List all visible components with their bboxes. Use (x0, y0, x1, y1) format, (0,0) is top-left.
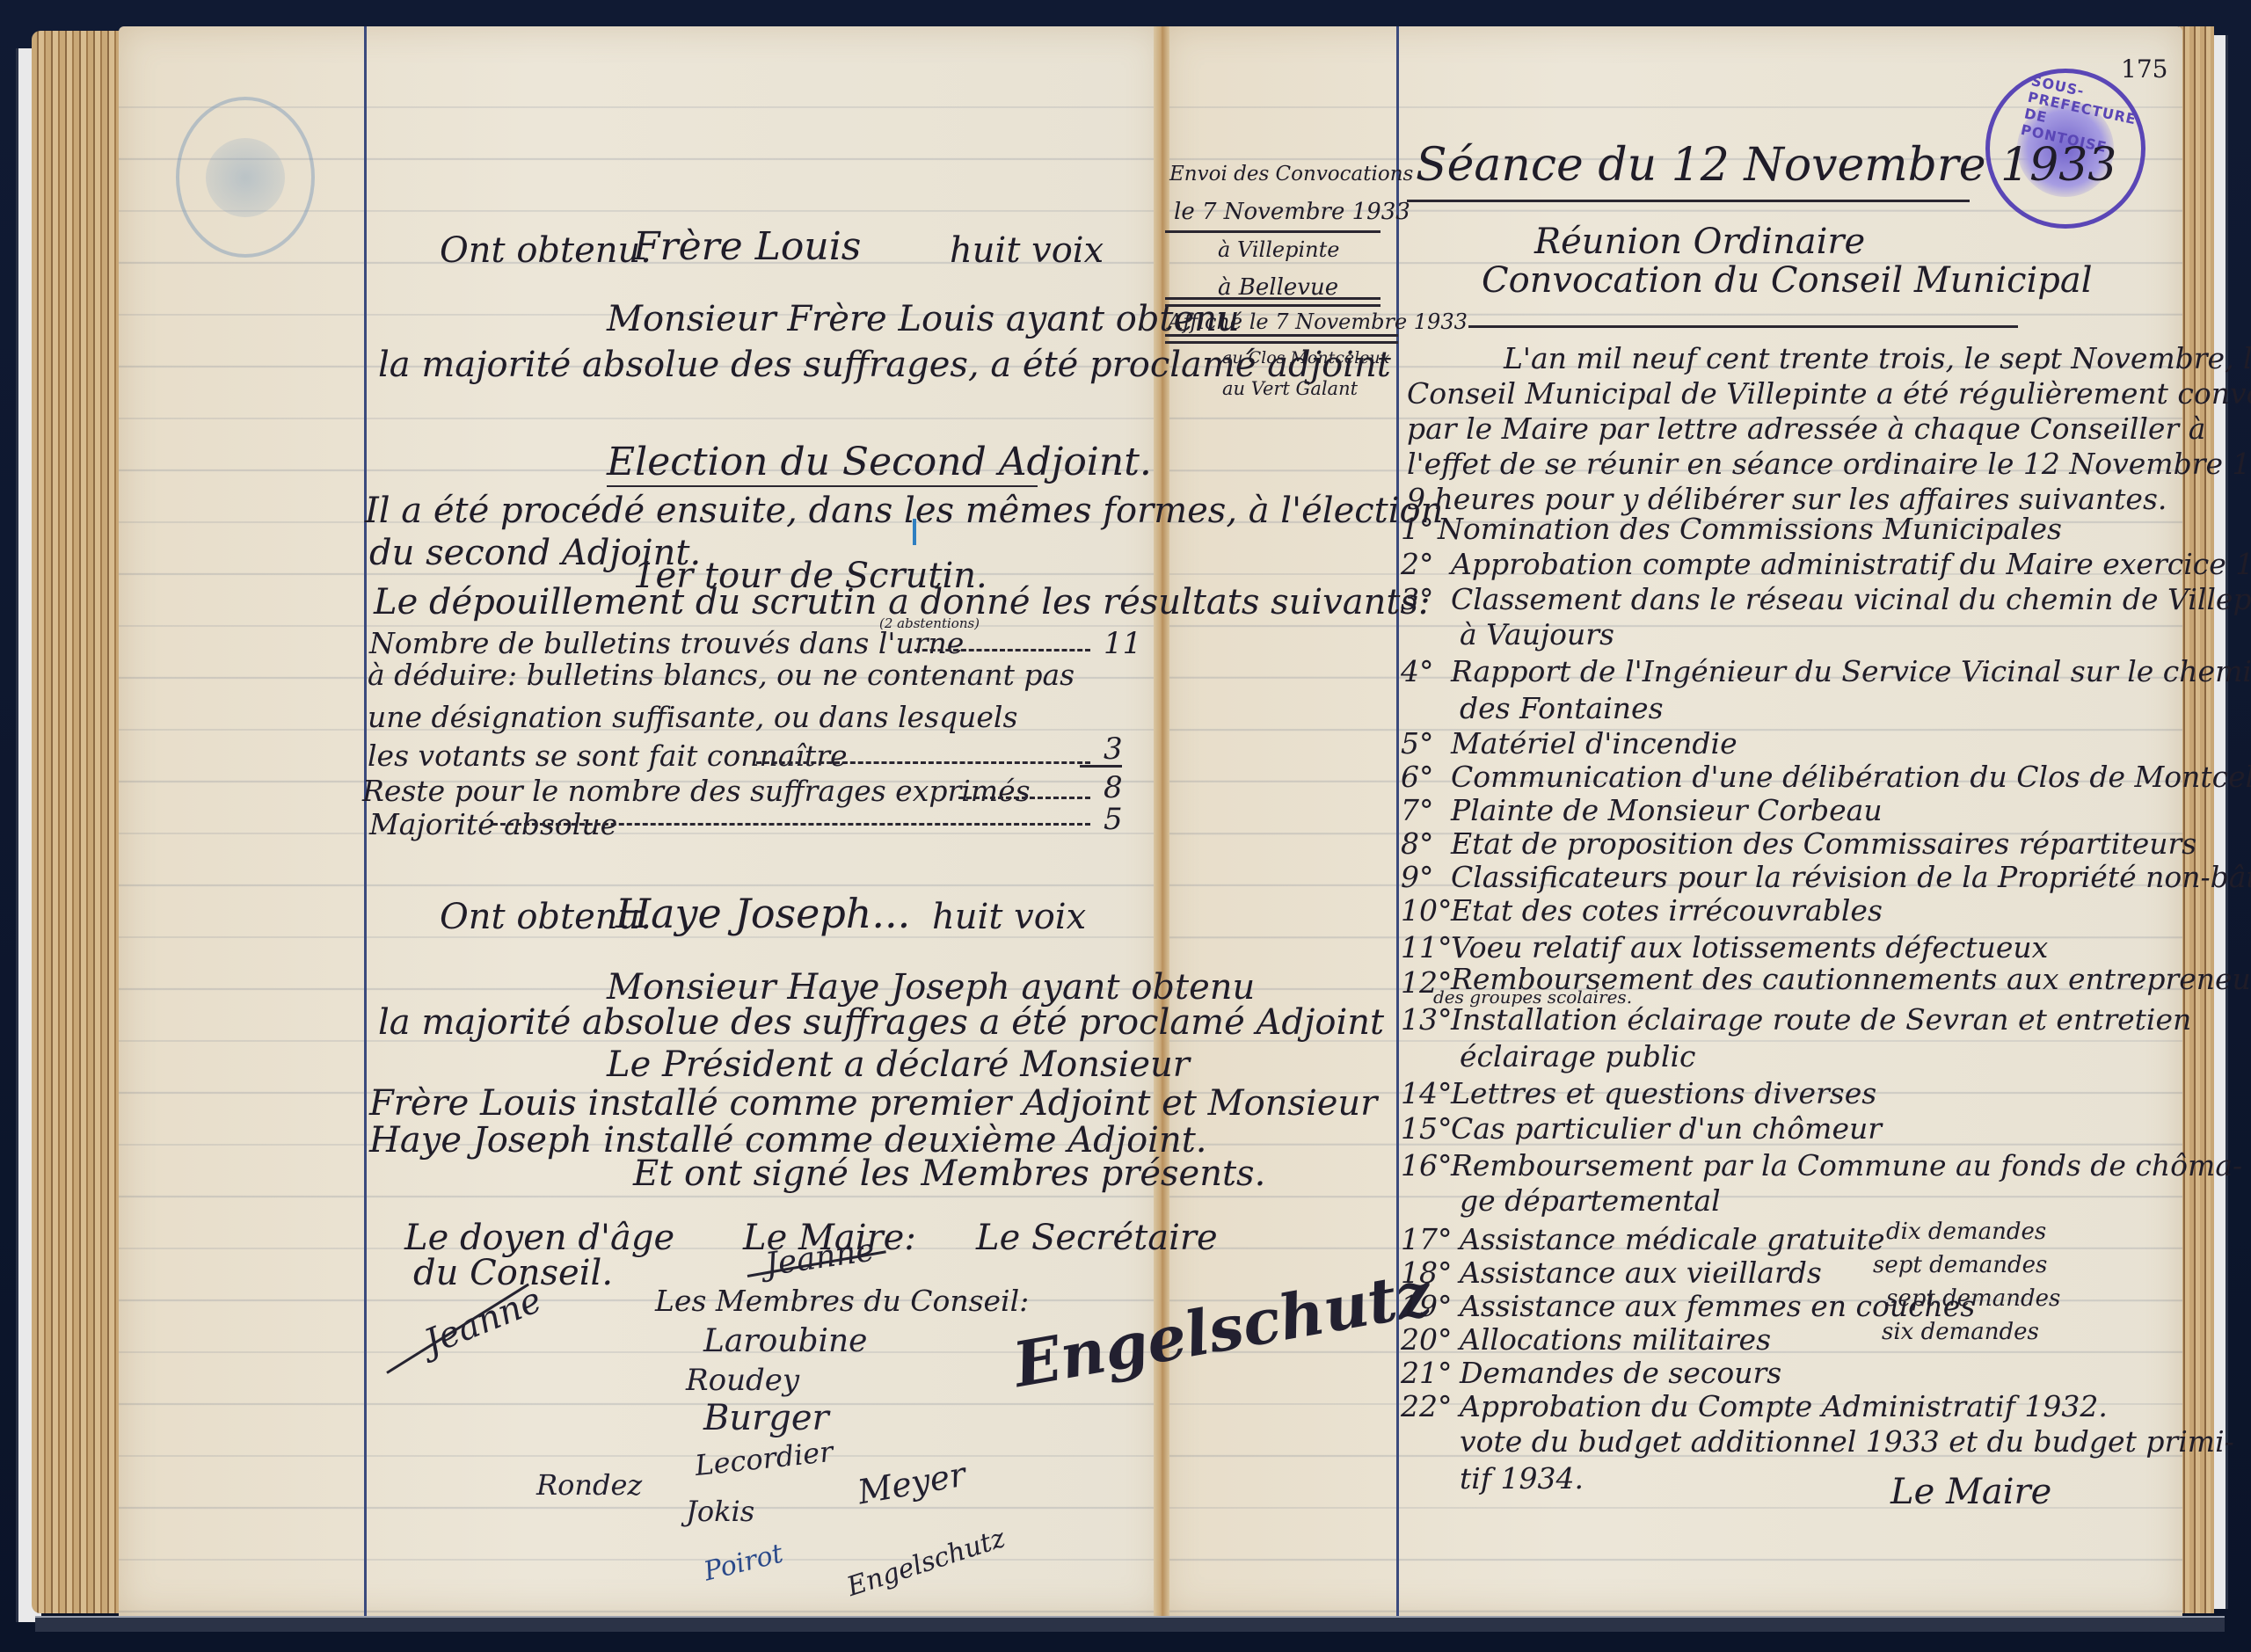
agenda-number: 20° (1401, 1322, 1453, 1357)
agenda-item: Classificateurs pour la révision de la P… (1451, 860, 2251, 894)
agenda-item: Allocations militaires (1460, 1322, 1771, 1357)
second-vote-count: huit voix (932, 897, 1086, 937)
title-underline (1407, 200, 1970, 202)
book-cover-bottom-edge (35, 1616, 2225, 1632)
agenda-item: Etat des cotes irrécouvrables (1451, 893, 1883, 928)
margin-note-vert-galant: au Vert Galant (1222, 378, 1358, 399)
signature-member: Roudey (686, 1363, 799, 1398)
signature-member: Jokis (686, 1495, 754, 1528)
agenda-item: Rapport de l'Ingénieur du Service Vicina… (1451, 654, 2251, 688)
dotted-leader (914, 649, 1090, 651)
margin-rule (1165, 334, 1398, 337)
agenda-item-continued: tif 1934. (1460, 1461, 1584, 1496)
body-line-4: l'effet de se réunir en séance ordinaire… (1407, 447, 2251, 481)
agenda-item: Remboursement par la Commune au fonds de… (1451, 1148, 2242, 1183)
first-vote-count: huit voix (950, 230, 1104, 271)
first-vote-label: Ont obtenu. (440, 230, 652, 271)
subtitle-underline (1468, 325, 2018, 328)
second-election-intro-1: Il a été procédé ensuite, dans les mêmes… (365, 491, 1443, 531)
agenda-item: Installation éclairage route de Sevran e… (1451, 1002, 2191, 1037)
margin-note-clos: au Clos Montceleux (1222, 348, 1389, 368)
agenda-item: Lettres et questions diverses (1451, 1076, 1876, 1110)
session-title: Séance du 12 Novembre 1933 (1416, 139, 2116, 192)
agenda-number: 7° (1401, 793, 1434, 827)
agenda-number: 6° (1401, 760, 1434, 794)
agenda-item-continued: à Vaujours (1460, 617, 1614, 651)
second-proclamation-line-3: Le Président a déclaré Monsieur (607, 1044, 1190, 1085)
session-subtitle-2: Convocation du Conseil Municipal (1482, 260, 2093, 301)
tally-label-ballots: Nombre de bulletins trouvés dans l'urne (369, 626, 964, 660)
tally-label-deduct-2: une désignation suffisante, ou dans lesq… (368, 700, 1017, 734)
agenda-number: 18° (1401, 1255, 1453, 1290)
agenda-item-continued: ge départemental (1460, 1183, 1721, 1218)
margin-note-posted: Affiché le 7 Novembre 1933 (1168, 309, 1468, 334)
tally-value-majority: 5 (1104, 802, 1123, 837)
agenda-number: 13° (1401, 1002, 1453, 1037)
heading-underline (607, 485, 1038, 487)
tally-label-expressed: Reste pour le nombre des suffrages expri… (362, 774, 1031, 808)
second-proclamation-line-4: Frère Louis installé comme premier Adjoi… (369, 1083, 1377, 1124)
agenda-number: 5° (1401, 726, 1434, 761)
first-proclamation-line-1: Monsieur Frère Louis ayant obtenu (607, 299, 1240, 339)
page-number: 175 (2121, 55, 2167, 84)
second-election-heading: Election du Second Adjoint. (607, 440, 1152, 484)
agenda-item-continued: vote du budget additionnel 1933 et du bu… (1460, 1424, 2234, 1459)
agenda-number: 19° (1401, 1289, 1453, 1323)
subtraction-rule (1080, 765, 1122, 768)
agenda-number: 10° (1401, 893, 1453, 928)
agenda-item: Approbation compte administratif du Mair… (1451, 547, 2251, 581)
body-line-1: L'an mil neuf cent trente trois, le sept… (1504, 341, 2251, 375)
agenda-number: 21° (1401, 1356, 1453, 1390)
agenda-number: 11° (1401, 930, 1453, 964)
agenda-item: Communication d'une délibération du Clos… (1451, 760, 2251, 794)
margin-rule (1165, 341, 1398, 344)
agenda-item: Demandes de secours (1460, 1356, 1781, 1390)
agenda-item: Etat de proposition des Commissaires rép… (1451, 826, 2196, 861)
faded-municipal-stamp (176, 97, 315, 258)
first-vote-candidate: Frère Louis (633, 224, 861, 269)
agenda-number: 2° (1401, 547, 1434, 581)
closing-signature-label: Le Maire (1890, 1472, 2051, 1512)
agenda-item-note: sept demandes (1873, 1252, 2047, 1278)
agenda-item: Matériel d'incendie (1451, 726, 1737, 761)
page-stack-right (2179, 26, 2214, 1613)
page-stack-left (32, 31, 120, 1613)
signature-member: Rondez (536, 1468, 642, 1502)
agenda-item-note: six demandes (1882, 1319, 2039, 1345)
secretaire-label: Le Secrétaire (976, 1218, 1218, 1258)
agenda-item-continued: éclairage public (1460, 1039, 1695, 1073)
agenda-number: 14° (1401, 1076, 1453, 1110)
margin-note-sending: Envoi des Convocations (1169, 163, 1413, 186)
dotted-leader (756, 761, 1090, 764)
signature-member: Burger (703, 1398, 829, 1438)
left-page-margin-rule (364, 26, 367, 1616)
second-proclamation-line-2: la majorité absolue des suffrages a été … (378, 1002, 1384, 1043)
tally-note-abstentions: (2 abstentions) (879, 615, 980, 631)
dotted-leader (492, 823, 1090, 826)
agenda-item-note: sept demandes (1886, 1285, 2060, 1312)
agenda-number: 1° (1401, 512, 1434, 546)
blue-ink-mark (913, 519, 916, 545)
agenda-number: 8° (1401, 826, 1434, 861)
agenda-number: 3° (1401, 582, 1434, 616)
tally-label-deduct-1: à déduire: bulletins blancs, ou ne conte… (368, 658, 1075, 692)
agenda-number: 15° (1401, 1111, 1453, 1146)
session-subtitle-1: Réunion Ordinaire (1534, 222, 1865, 262)
agenda-item: Assistance médicale gratuite (1460, 1222, 1885, 1256)
body-line-3: par le Maire par lettre adressée à chaqu… (1407, 411, 2205, 446)
agenda-item: Assistance aux vieillards (1460, 1255, 1822, 1290)
agenda-item: Cas particulier d'un chômeur (1451, 1111, 1882, 1146)
agenda-number: 22° (1401, 1389, 1453, 1423)
margin-note-villepinte: à Villepinte (1218, 237, 1339, 262)
dotted-leader (958, 797, 1090, 799)
agenda-item-continued: des Fontaines (1460, 691, 1664, 725)
tally-value-deducted: 3 (1104, 731, 1123, 767)
margin-rule (1165, 297, 1380, 300)
signature-member: Laroubine (703, 1323, 868, 1359)
second-vote-candidate: Haye Joseph... (616, 890, 910, 937)
agenda-number: 17° (1401, 1222, 1453, 1256)
agenda-item: Plainte de Monsieur Corbeau (1451, 793, 1883, 827)
margin-note-sent-date: le 7 Novembre 1933 (1174, 199, 1410, 225)
tally-value-ballots: 11 (1104, 626, 1141, 661)
right-page-margin-rule (1396, 26, 1399, 1616)
agenda-item: Approbation du Compte Administratif 1932… (1460, 1389, 2108, 1423)
margin-rule (1165, 230, 1380, 233)
body-line-2: Conseil Municipal de Villepinte a été ré… (1407, 376, 2251, 411)
stamp-emblem-icon (206, 138, 285, 217)
tally-label-deduct-3: les votants se sont fait connaître (368, 739, 848, 773)
agenda-number: 16° (1401, 1148, 1453, 1183)
agenda-item-note: dix demandes (1886, 1219, 2046, 1245)
agenda-number: 9° (1401, 860, 1434, 894)
agenda-item: Voeu relatif aux lotissements défectueux (1451, 930, 2048, 964)
second-proclamation-line-6: Et ont signé les Membres présents. (633, 1153, 1265, 1194)
tally-value-expressed: 8 (1104, 770, 1123, 805)
membres-label: Les Membres du Conseil: (655, 1284, 1029, 1318)
agenda-item: Classement dans le réseau vicinal du che… (1451, 582, 2251, 616)
agenda-number: 4° (1401, 654, 1434, 688)
agenda-item: Nomination des Commissions Municipales (1438, 512, 2062, 546)
margin-rule (1165, 304, 1380, 307)
